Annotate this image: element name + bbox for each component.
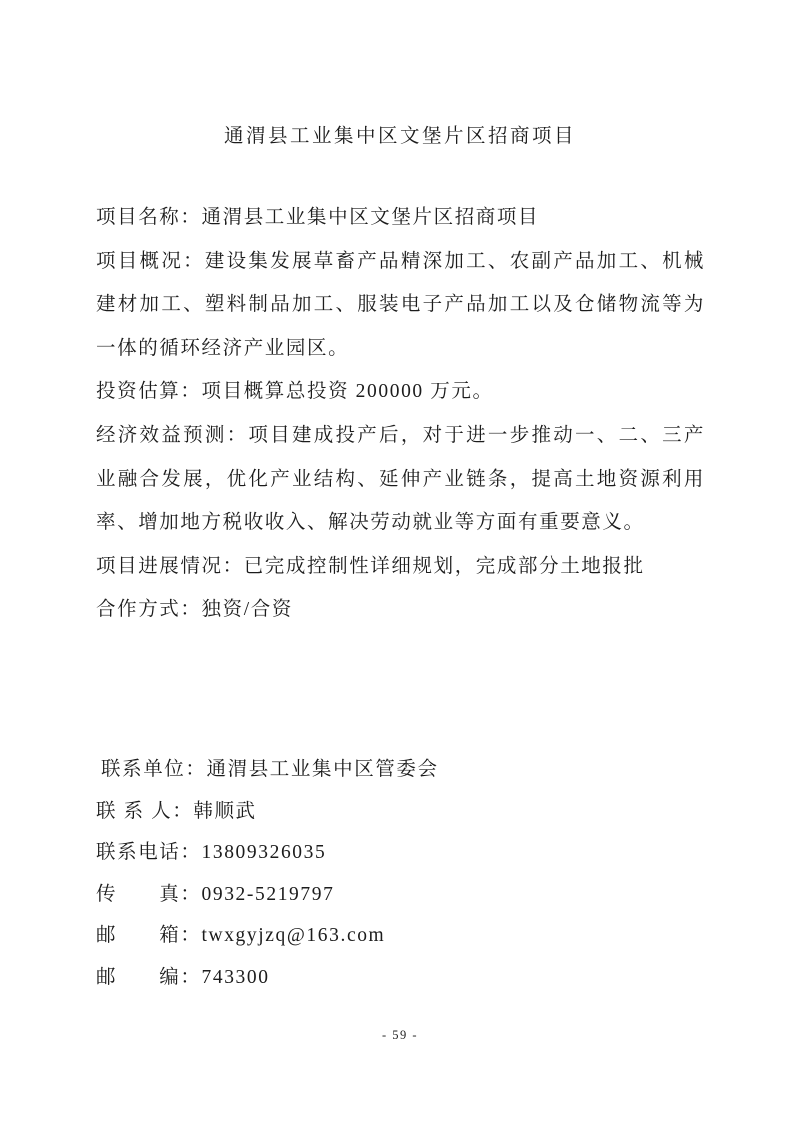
field-economic-benefit-line-2: 业融合发展，优化产业结构、延伸产业链条，提高土地资源利用 (96, 458, 705, 502)
project-details-section: 项目名称：通渭县工业集中区文堡片区招商项目 项目概况：建设集发展草畜产品精深加工… (96, 196, 705, 632)
field-contact-phone: 联系电话：13809326035 (96, 832, 705, 874)
field-email: 邮 箱：twxgyjzq@163.com (96, 915, 705, 957)
field-fax: 传 真：0932-5219797 (96, 874, 705, 916)
field-postal-code: 邮 编：743300 (96, 957, 705, 999)
field-economic-benefit-line-1: 经济效益预测：项目建成投产后，对于进一步推动一、二、三产 (96, 414, 705, 458)
field-investment-estimate: 投资估算：项目概算总投资 200000 万元。 (96, 370, 705, 414)
field-cooperation-mode: 合作方式：独资/合资 (96, 588, 705, 632)
field-contact-unit: 联系单位：通渭县工业集中区管委会 (96, 749, 705, 791)
contact-section: 联系单位：通渭县工业集中区管委会 联 系 人：韩顺武 联系电话：13809326… (96, 749, 705, 998)
document-title: 通渭县工业集中区文堡片区招商项目 (0, 120, 800, 148)
field-project-overview-line-2: 建材加工、塑料制品加工、服装电子产品加工以及仓储物流等为 (96, 283, 705, 327)
field-economic-benefit-line-3: 率、增加地方税收收入、解决劳动就业等方面有重要意义。 (96, 501, 705, 545)
field-project-overview-line-3: 一体的循环经济产业园区。 (96, 327, 705, 371)
field-project-overview-line-1: 项目概况：建设集发展草畜产品精深加工、农副产品加工、机械 (96, 240, 705, 284)
page-number: - 59 - (0, 1028, 800, 1043)
field-project-progress: 项目进展情况：已完成控制性详细规划，完成部分土地报批 (96, 545, 705, 589)
field-contact-person: 联 系 人：韩顺武 (96, 791, 705, 833)
document-page: 通渭县工业集中区文堡片区招商项目 项目名称：通渭县工业集中区文堡片区招商项目 项… (0, 0, 800, 1131)
field-project-name: 项目名称：通渭县工业集中区文堡片区招商项目 (96, 196, 705, 240)
